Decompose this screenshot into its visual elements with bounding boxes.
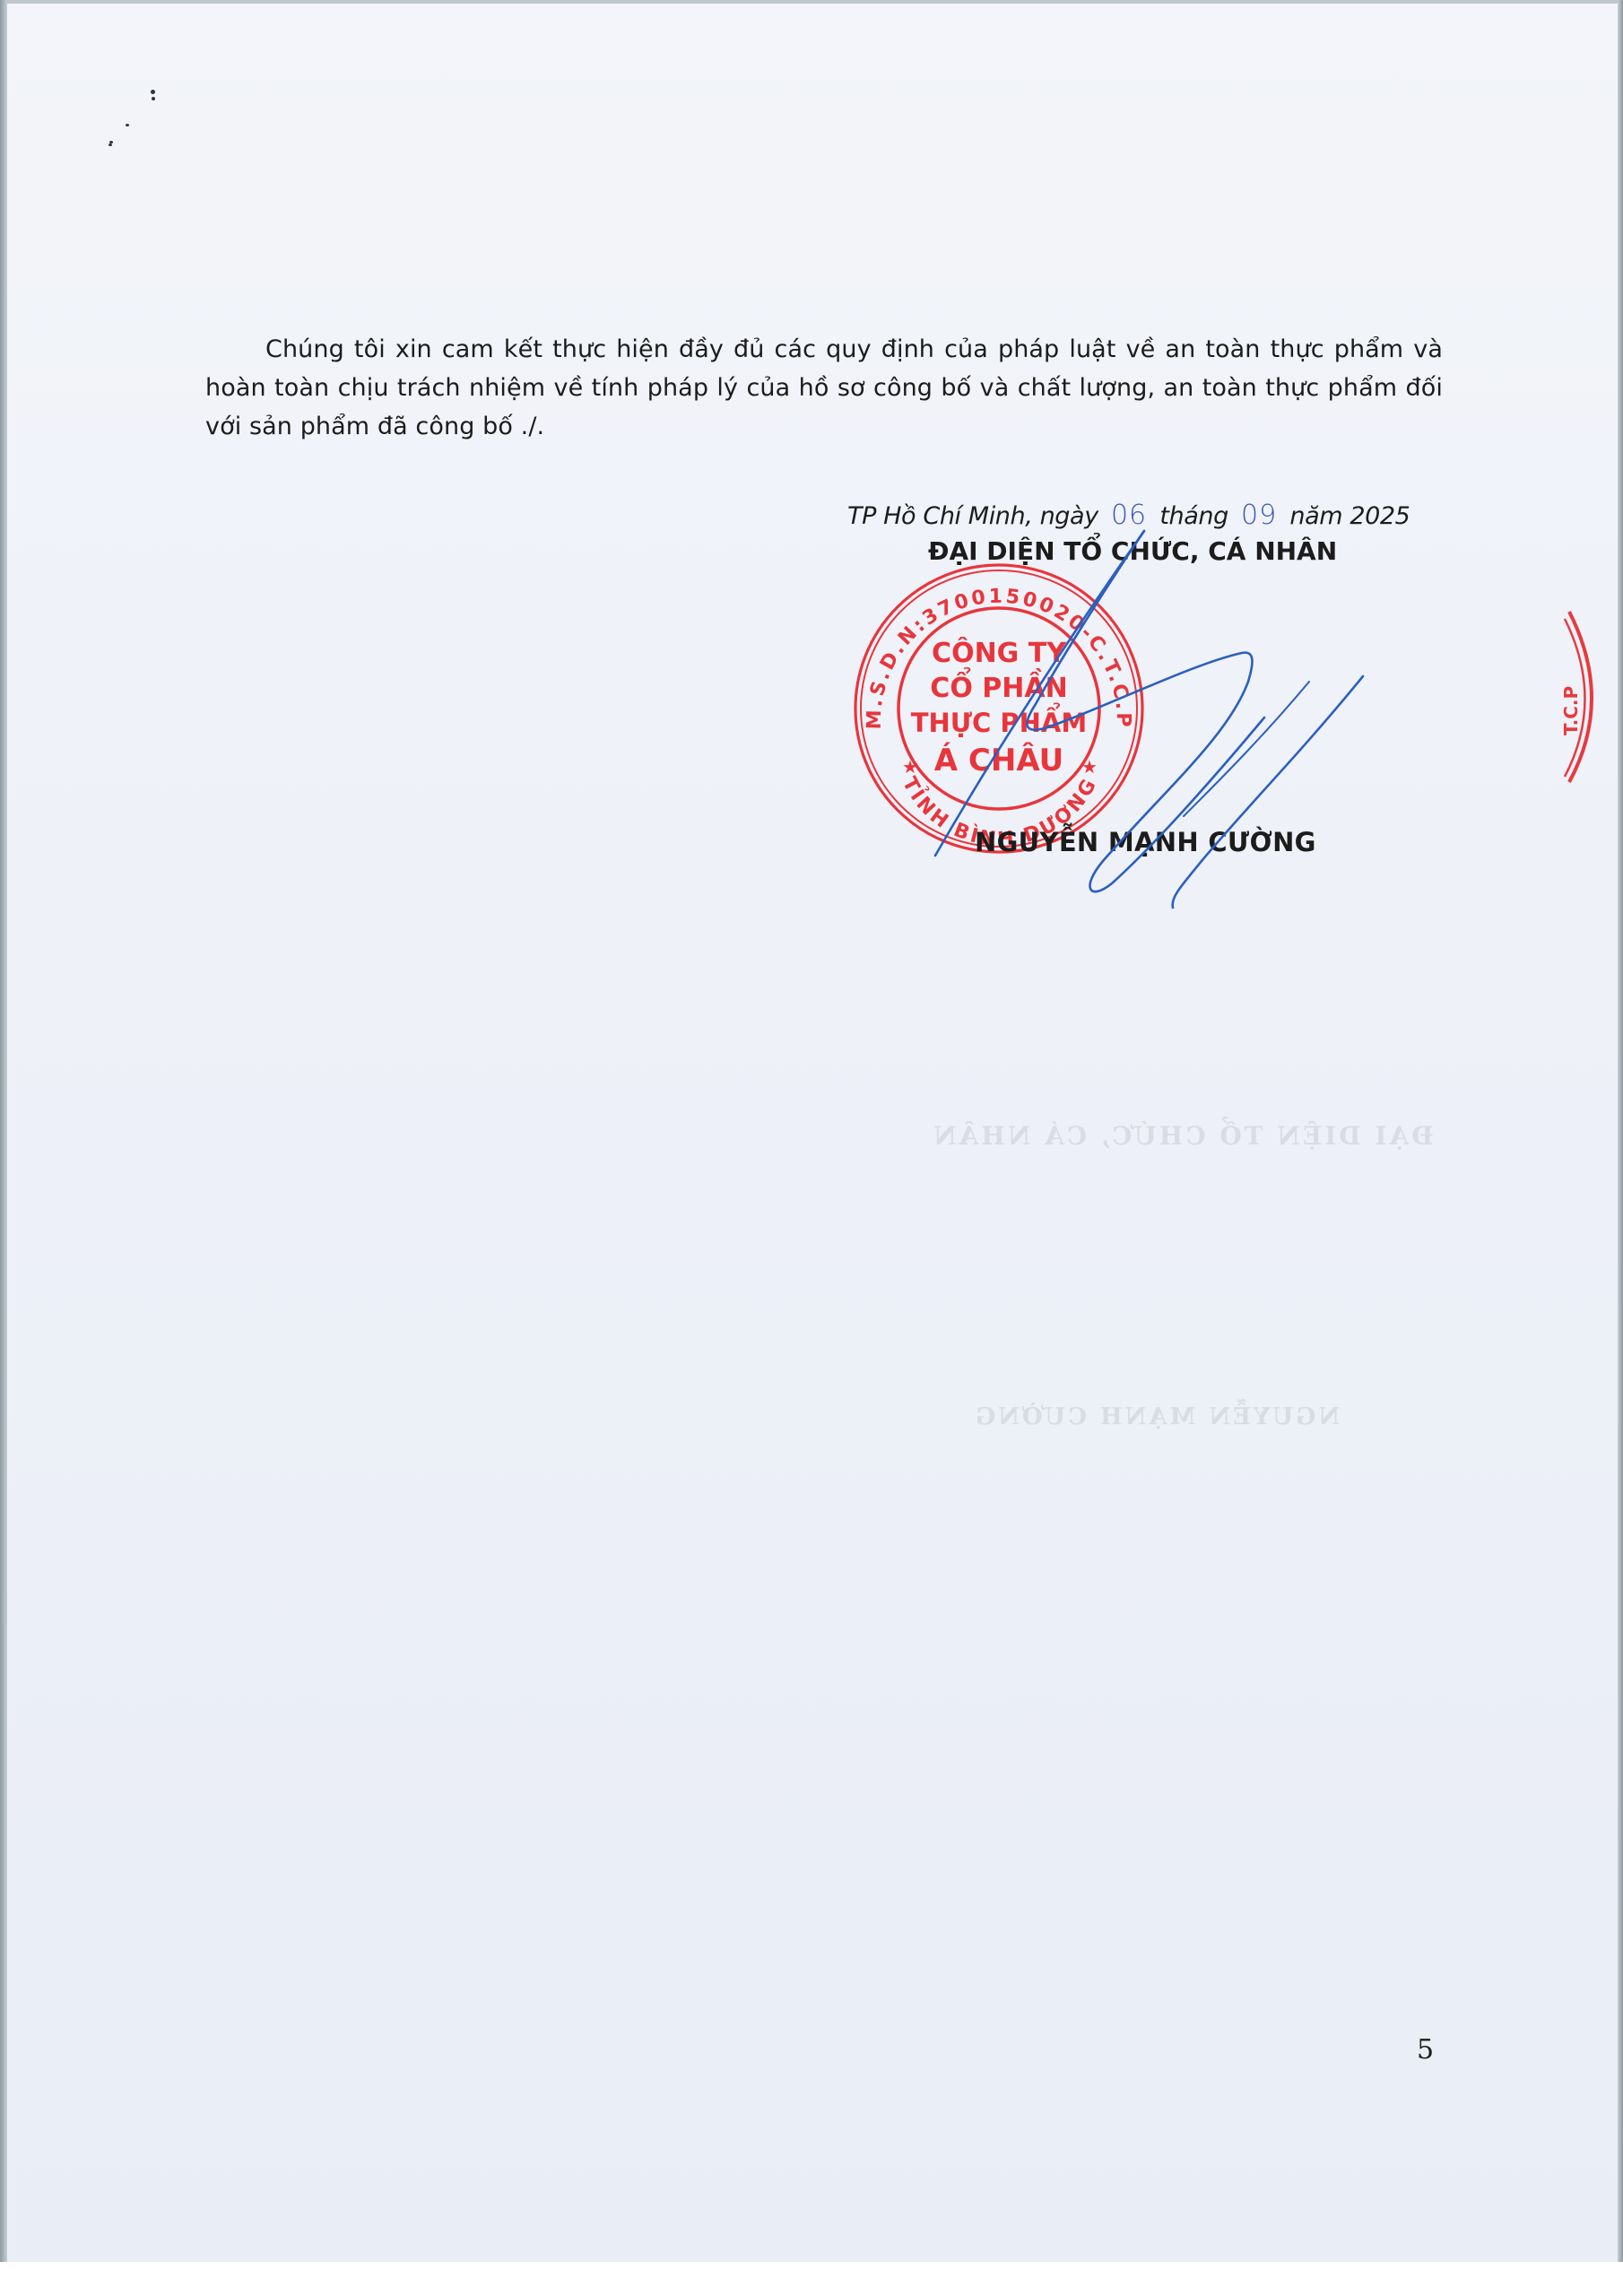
page-number: 5 bbox=[1417, 2034, 1434, 2066]
scanned-page: ĐẠI DIỆN TỔ CHỨC, CÁ NHÂN NGUYỄN MẠNH CƯ… bbox=[0, 0, 1623, 2262]
handwritten-signature bbox=[0, 0, 1623, 2262]
